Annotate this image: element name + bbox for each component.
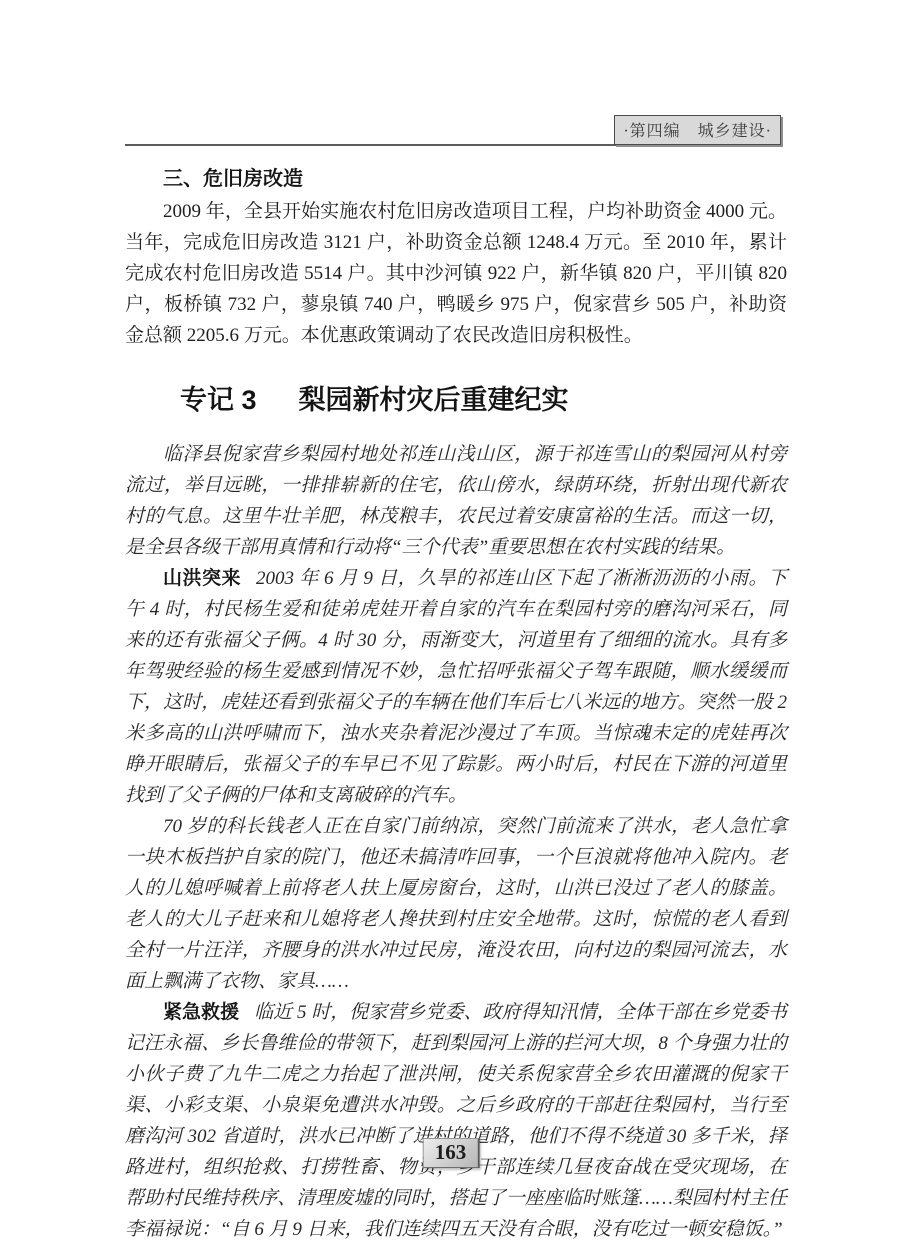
feature-title-text: 梨园新村灾后重建纪实 [299, 385, 569, 415]
feature-paragraph-oldman: 70 岁的科长钱老人正在自家门前纳凉，突然门前流来了洪水，老人急忙拿一块木板挡护… [125, 811, 787, 997]
section-paragraph: 2009 年，全县开始实施农村危旧房改造项目工程，户均补助资金 4000 元。当… [125, 196, 787, 351]
section-badge-label: ·第四编 城乡建设· [623, 123, 772, 140]
feature-paragraph-rescue: 紧急救援临近 5 时，倪家营乡党委、政府得知汛情，全体干部在乡党委书记汪永福、乡… [125, 997, 787, 1245]
feature-title: 专记 3梨园新村灾后重建纪实 [125, 378, 787, 417]
paragraph-lead: 紧急救援 [163, 1002, 239, 1023]
feature-paragraph-intro: 临泽县倪家营乡梨园村地处祁连山浅山区，源于祁连雪山的梨园河从村旁流过，举目远眺，… [125, 439, 787, 563]
feature-paragraph-flood: 山洪突来2003 年 6 月 9 日，久旱的祁连山区下起了淅淅沥沥的小雨。下午 … [125, 563, 787, 811]
book-page: ·第四编 城乡建设· 三、危旧房改造 2009 年，全县开始实施农村危旧房改造项… [0, 0, 902, 1256]
running-head: ·第四编 城乡建设· [125, 112, 787, 146]
paragraph-text: 70 岁的科长钱老人正在自家门前纳凉，突然门前流来了洪水，老人急忙拿一块木板挡护… [125, 816, 787, 992]
section-badge: ·第四编 城乡建设· [614, 115, 781, 145]
page-content: ·第四编 城乡建设· 三、危旧房改造 2009 年，全县开始实施农村危旧房改造项… [125, 112, 787, 1245]
page-number-plate: 163 [423, 1138, 480, 1168]
feature-title-prefix: 专记 3 [180, 385, 257, 415]
page-number: 163 [435, 1140, 467, 1164]
paragraph-lead: 山洪突来 [163, 568, 241, 589]
paragraph-text: 临泽县倪家营乡梨园村地处祁连山浅山区，源于祁连雪山的梨园河从村旁流过，举目远眺，… [125, 444, 787, 558]
paragraph-text: 临近 5 时，倪家营乡党委、政府得知汛情，全体干部在乡党委书记汪永福、乡长鲁维俭… [125, 1002, 787, 1240]
section-heading: 三、危旧房改造 [125, 162, 787, 191]
paragraph-text: 2003 年 6 月 9 日，久旱的祁连山区下起了淅淅沥沥的小雨。下午 4 时，… [125, 568, 787, 806]
